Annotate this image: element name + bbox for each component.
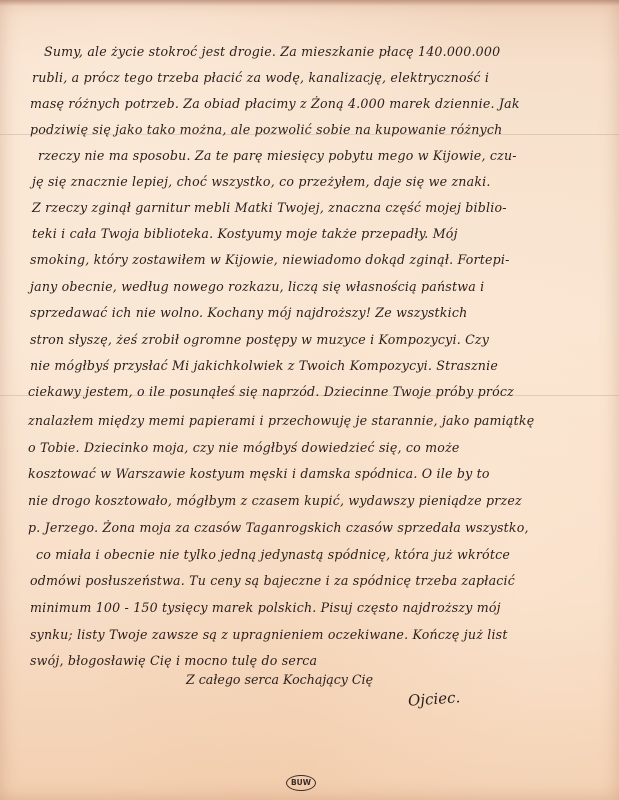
letter-line: smoking, który zostawiłem w Kijowie, nie…: [30, 252, 510, 267]
paper-top-edge: [0, 0, 619, 6]
letter-line: co miała i obecnie nie tylko jedną jedyn…: [36, 547, 510, 562]
letter-line: masę różnych potrzeb. Za obiad płacimy z…: [30, 96, 520, 111]
letter-line: sprzedawać ich nie wolno. Kochany mój na…: [30, 305, 467, 320]
letter-line: ciekawy jestem, o ile posunąłeś się napr…: [28, 384, 514, 399]
letter-line: swój, błogosławię Cię i mocno tulę do se…: [30, 653, 317, 668]
letter-line: teki i cała Twoja biblioteka. Kostyumy m…: [32, 226, 458, 241]
letter-closing: Z całego serca Kochający Cię: [186, 672, 373, 687]
letter-line: rzeczy nie ma sposobu. Za te parę miesię…: [38, 148, 517, 163]
letter-line: Z rzeczy zginął garnitur mebli Matki Two…: [32, 200, 507, 215]
letter-line: jany obecnie, według nowego rozkazu, lic…: [30, 279, 484, 294]
letter-line: synku; listy Twoje zawsze są z upragnien…: [30, 627, 508, 642]
letter-line: znalazłem między memi papierami i przech…: [28, 413, 534, 428]
letter-line: rubli, a prócz tego trzeba płacić za wod…: [32, 70, 489, 85]
letter-line: Sumy, ale życie stokroć jest drogie. Za …: [44, 44, 500, 59]
letter-line: o Tobie. Dziecinko moja, czy nie mógłbyś…: [28, 440, 460, 455]
letter-line: kosztować w Warszawie kostyum męski i da…: [28, 466, 490, 481]
letter-line: odmówi posłuszeństwa. Tu ceny są bajeczn…: [30, 573, 515, 588]
letter-line: podziwię się jako tako można, ale pozwol…: [30, 122, 502, 137]
letter-line: p. Jerzego. Żona moja za czasów Taganrog…: [28, 520, 529, 535]
letter-line: nie mógłbyś przysłać Mi jakichkolwiek z …: [30, 358, 498, 373]
letter-line: stron słyszę, żeś zrobił ogromne postępy…: [30, 332, 489, 347]
library-stamp: BUW: [286, 775, 316, 791]
letter-line: nie drogo kosztowało, mógłbym z czasem k…: [28, 493, 522, 508]
letter-line: minimum 100 - 150 tysięcy marek polskich…: [30, 600, 501, 615]
letter-page: Sumy, ale życie stokroć jest drogie. Za …: [0, 0, 619, 800]
letter-line: ję się znacznie lepiej, choć wszystko, c…: [32, 174, 491, 189]
letter-signature: Ojciec.: [407, 688, 460, 710]
